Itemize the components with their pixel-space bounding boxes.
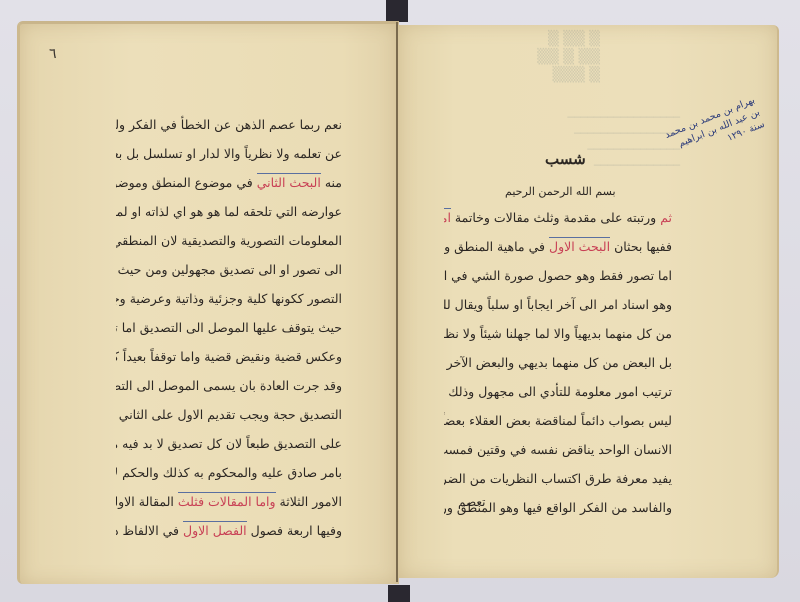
line-pre: منه <box>325 175 342 190</box>
text-line: من كل منهما بديهياً والا لما جهلنا شيئاً… <box>444 319 672 348</box>
rubric-heading: اما المقدمة <box>444 208 451 225</box>
show-through-text: ▒ ▒▒ ▒▒▒ ▒ ▒▒▒ ▒▒▒ <box>520 30 600 84</box>
text-line: وفيها اربعة فصول الفصل الاول في الالفاظ … <box>116 516 342 545</box>
book-spine <box>396 22 398 582</box>
rubric-heading: البحث الثاني <box>257 173 321 190</box>
text-line: وقد جرت العادة بان يسمى الموصل الى التصو… <box>116 371 342 400</box>
text-line: اما تصور فقط وهو حصول صورة الشي في العقل… <box>444 261 672 290</box>
text-line: ثم ورتبته على مقدمة وثلث مقالات وخاتمة ا… <box>444 203 672 232</box>
line-pre: الامور الثلاثة <box>280 494 342 509</box>
line-post: ورتبته على مقدمة وثلث مقالات وخاتمة <box>455 210 656 225</box>
line-pre: ففيها بحثان <box>614 239 672 254</box>
text-line: يفيد معرفة طرق اكتساب النظريات من الضرور… <box>444 464 672 493</box>
line-pre: وفيها اربعة فصول <box>251 523 342 538</box>
text-line: عن تعلمه ولا نظرياً والا لدار او تسلسل ب… <box>116 139 342 168</box>
text-line: حيث يتوقف عليها الموصل الى التصديق اما ت… <box>116 313 342 342</box>
text-line: الامور الثلاثة واما المقالات فثلث المقال… <box>116 487 342 516</box>
text-line: الانسان الواحد يناقض نفسه في وقتين فمست … <box>444 435 672 464</box>
text-line: وهو اسناد امر الى آخر ايجاباً او سلباً و… <box>444 290 672 319</box>
line-post: في ماهية المنطق وبيان الحاجة اليه <box>444 239 545 254</box>
text-line: ترتيب امور معلومة للتأدي الى مجهول وذلك … <box>444 377 672 406</box>
left-page-text: نعم ربما عصم الذهن عن الخطأ في الفكر ولي… <box>116 110 342 545</box>
text-line: ففيها بحثان البحث الاول في ماهية المنطق … <box>444 232 672 261</box>
rubric-heading: الفصل الاول <box>183 521 247 538</box>
rubric-mark: ثم <box>660 210 672 225</box>
text-line: وعكس قضية ونقيض قضية واما توقفاً بعيداً … <box>116 342 342 371</box>
text-line: الى تصور او الى تصديق مجهولين ومن حيث يت… <box>116 255 342 284</box>
text-line: التصور ككونها كلية وجزئية وذاتية وعرضية … <box>116 284 342 313</box>
text-line: ليس بصواب دائماً لمناقضة بعض العقلاء بعض… <box>444 406 672 435</box>
text-line: منه البحث الثاني في موضوع المنطق وموضوع … <box>116 168 342 197</box>
line-post: المقالة الاولى في المفردات <box>116 494 174 509</box>
text-line: التصديق حجة ويجب تقديم الاول على الثاني … <box>116 400 342 429</box>
title-heading: شسب <box>545 150 586 168</box>
right-page-text: ثم ورتبته على مقدمة وثلث مقالات وخاتمة ا… <box>444 203 672 522</box>
rubric-heading: البحث الاول <box>549 237 610 254</box>
line-post: في الالفاظ دلالة اللفظ على المعنى <box>116 523 179 538</box>
folio-number: ٦ <box>49 46 57 62</box>
text-line: على التصديق طبعاً لان كل تصديق لا بد فيه… <box>116 429 342 458</box>
text-line: عوارضه التي تلحقه لما هو هو اي لذاته او … <box>116 197 342 226</box>
text-line: نعم ربما عصم الذهن عن الخطأ في الفكر ولي… <box>116 110 342 139</box>
line-post: في موضوع المنطق وموضوع كل علم ما يبحث في… <box>116 175 253 190</box>
text-line: بامر صادق عليه والمحكوم به كذلك والحكم ل… <box>116 458 342 487</box>
text-line: بل البعض من كل منهما بديهي والبعض الآخر … <box>444 348 672 377</box>
binding-clip-bottom <box>388 585 410 602</box>
rubric-heading: واما المقالات فثلث <box>178 492 276 509</box>
text-line: المعلومات التصورية والتصديقية لان المنطق… <box>116 226 342 255</box>
binding-clip-top <box>386 0 408 22</box>
basmala: بسم الله الرحمن الرحيم <box>505 185 616 198</box>
catchword: تعصم <box>458 495 486 509</box>
